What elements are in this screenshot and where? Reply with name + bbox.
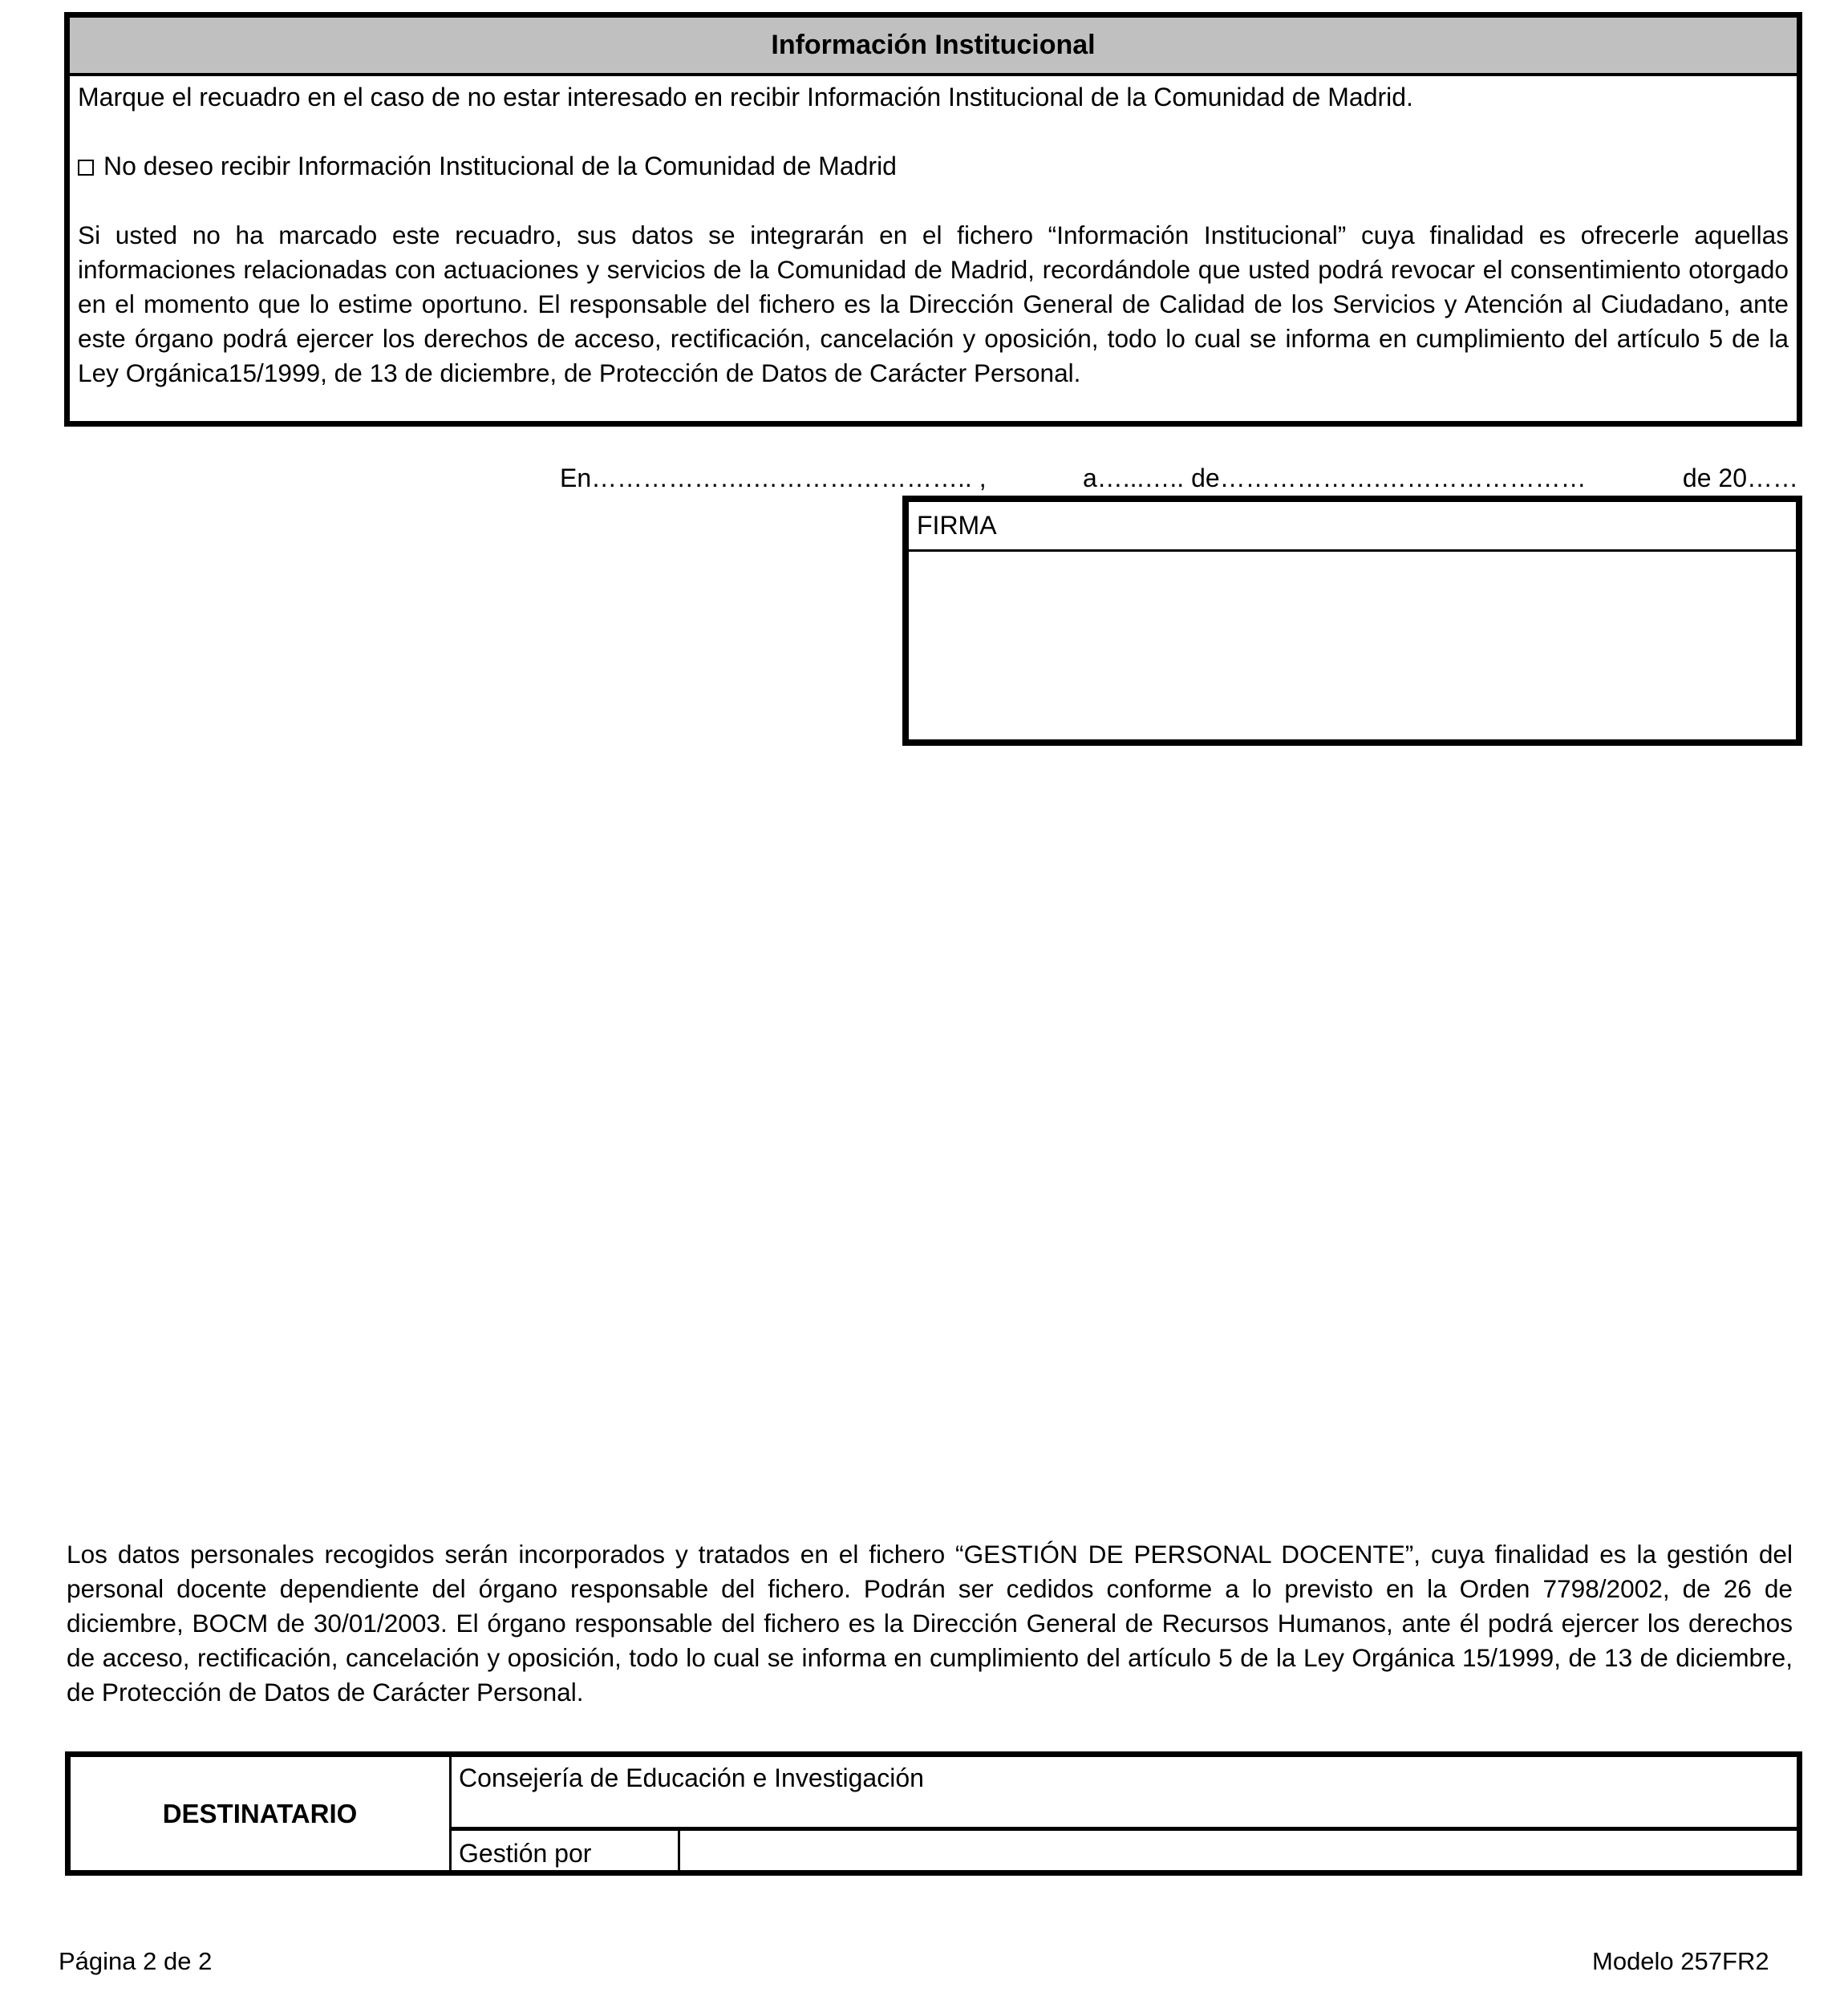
managed-by-field[interactable] (682, 1831, 1797, 1870)
info-legal-paragraph: Si usted no ha marcado este recuadro, su… (78, 218, 1789, 391)
section-title: Información Institucional (70, 18, 1797, 76)
signature-label: FIRMA (917, 502, 997, 549)
signature-divider (909, 549, 1796, 552)
day-month-field[interactable]: a…...….. de……………….…………………… (1083, 462, 1587, 494)
opt-out-label: No deseo recibir Información Institucion… (103, 149, 897, 184)
info-intro-text: Marque el recuadro en el caso de no esta… (78, 80, 1789, 115)
place-date-line: En……………….…………………….. , a…...….. de……………….… (560, 462, 1798, 494)
signature-box[interactable]: FIRMA (902, 496, 1802, 746)
info-institucional-section: Información Institucional Marque el recu… (64, 12, 1802, 427)
privacy-paragraph: Los datos personales recogidos serán inc… (67, 1537, 1793, 1710)
managed-by-label: Gestión por (459, 1837, 591, 1869)
year-field[interactable]: de 20…… (1683, 462, 1798, 494)
form-model-code: Modelo 257FR2 (1592, 1947, 1769, 1976)
recipient-organization: Consejería de Educación e Investigación (459, 1762, 924, 1794)
recipient-table: DESTINATARIO Consejería de Educación e I… (65, 1751, 1802, 1876)
column-divider (678, 1831, 680, 1870)
recipient-label: DESTINATARIO (71, 1757, 452, 1870)
page-number: Página 2 de 2 (59, 1947, 212, 1976)
opt-out-checkbox[interactable] (78, 160, 94, 176)
place-field[interactable]: En……………….…………………….. , (560, 462, 987, 494)
opt-out-option[interactable]: No deseo recibir Información Institucion… (78, 149, 1789, 184)
